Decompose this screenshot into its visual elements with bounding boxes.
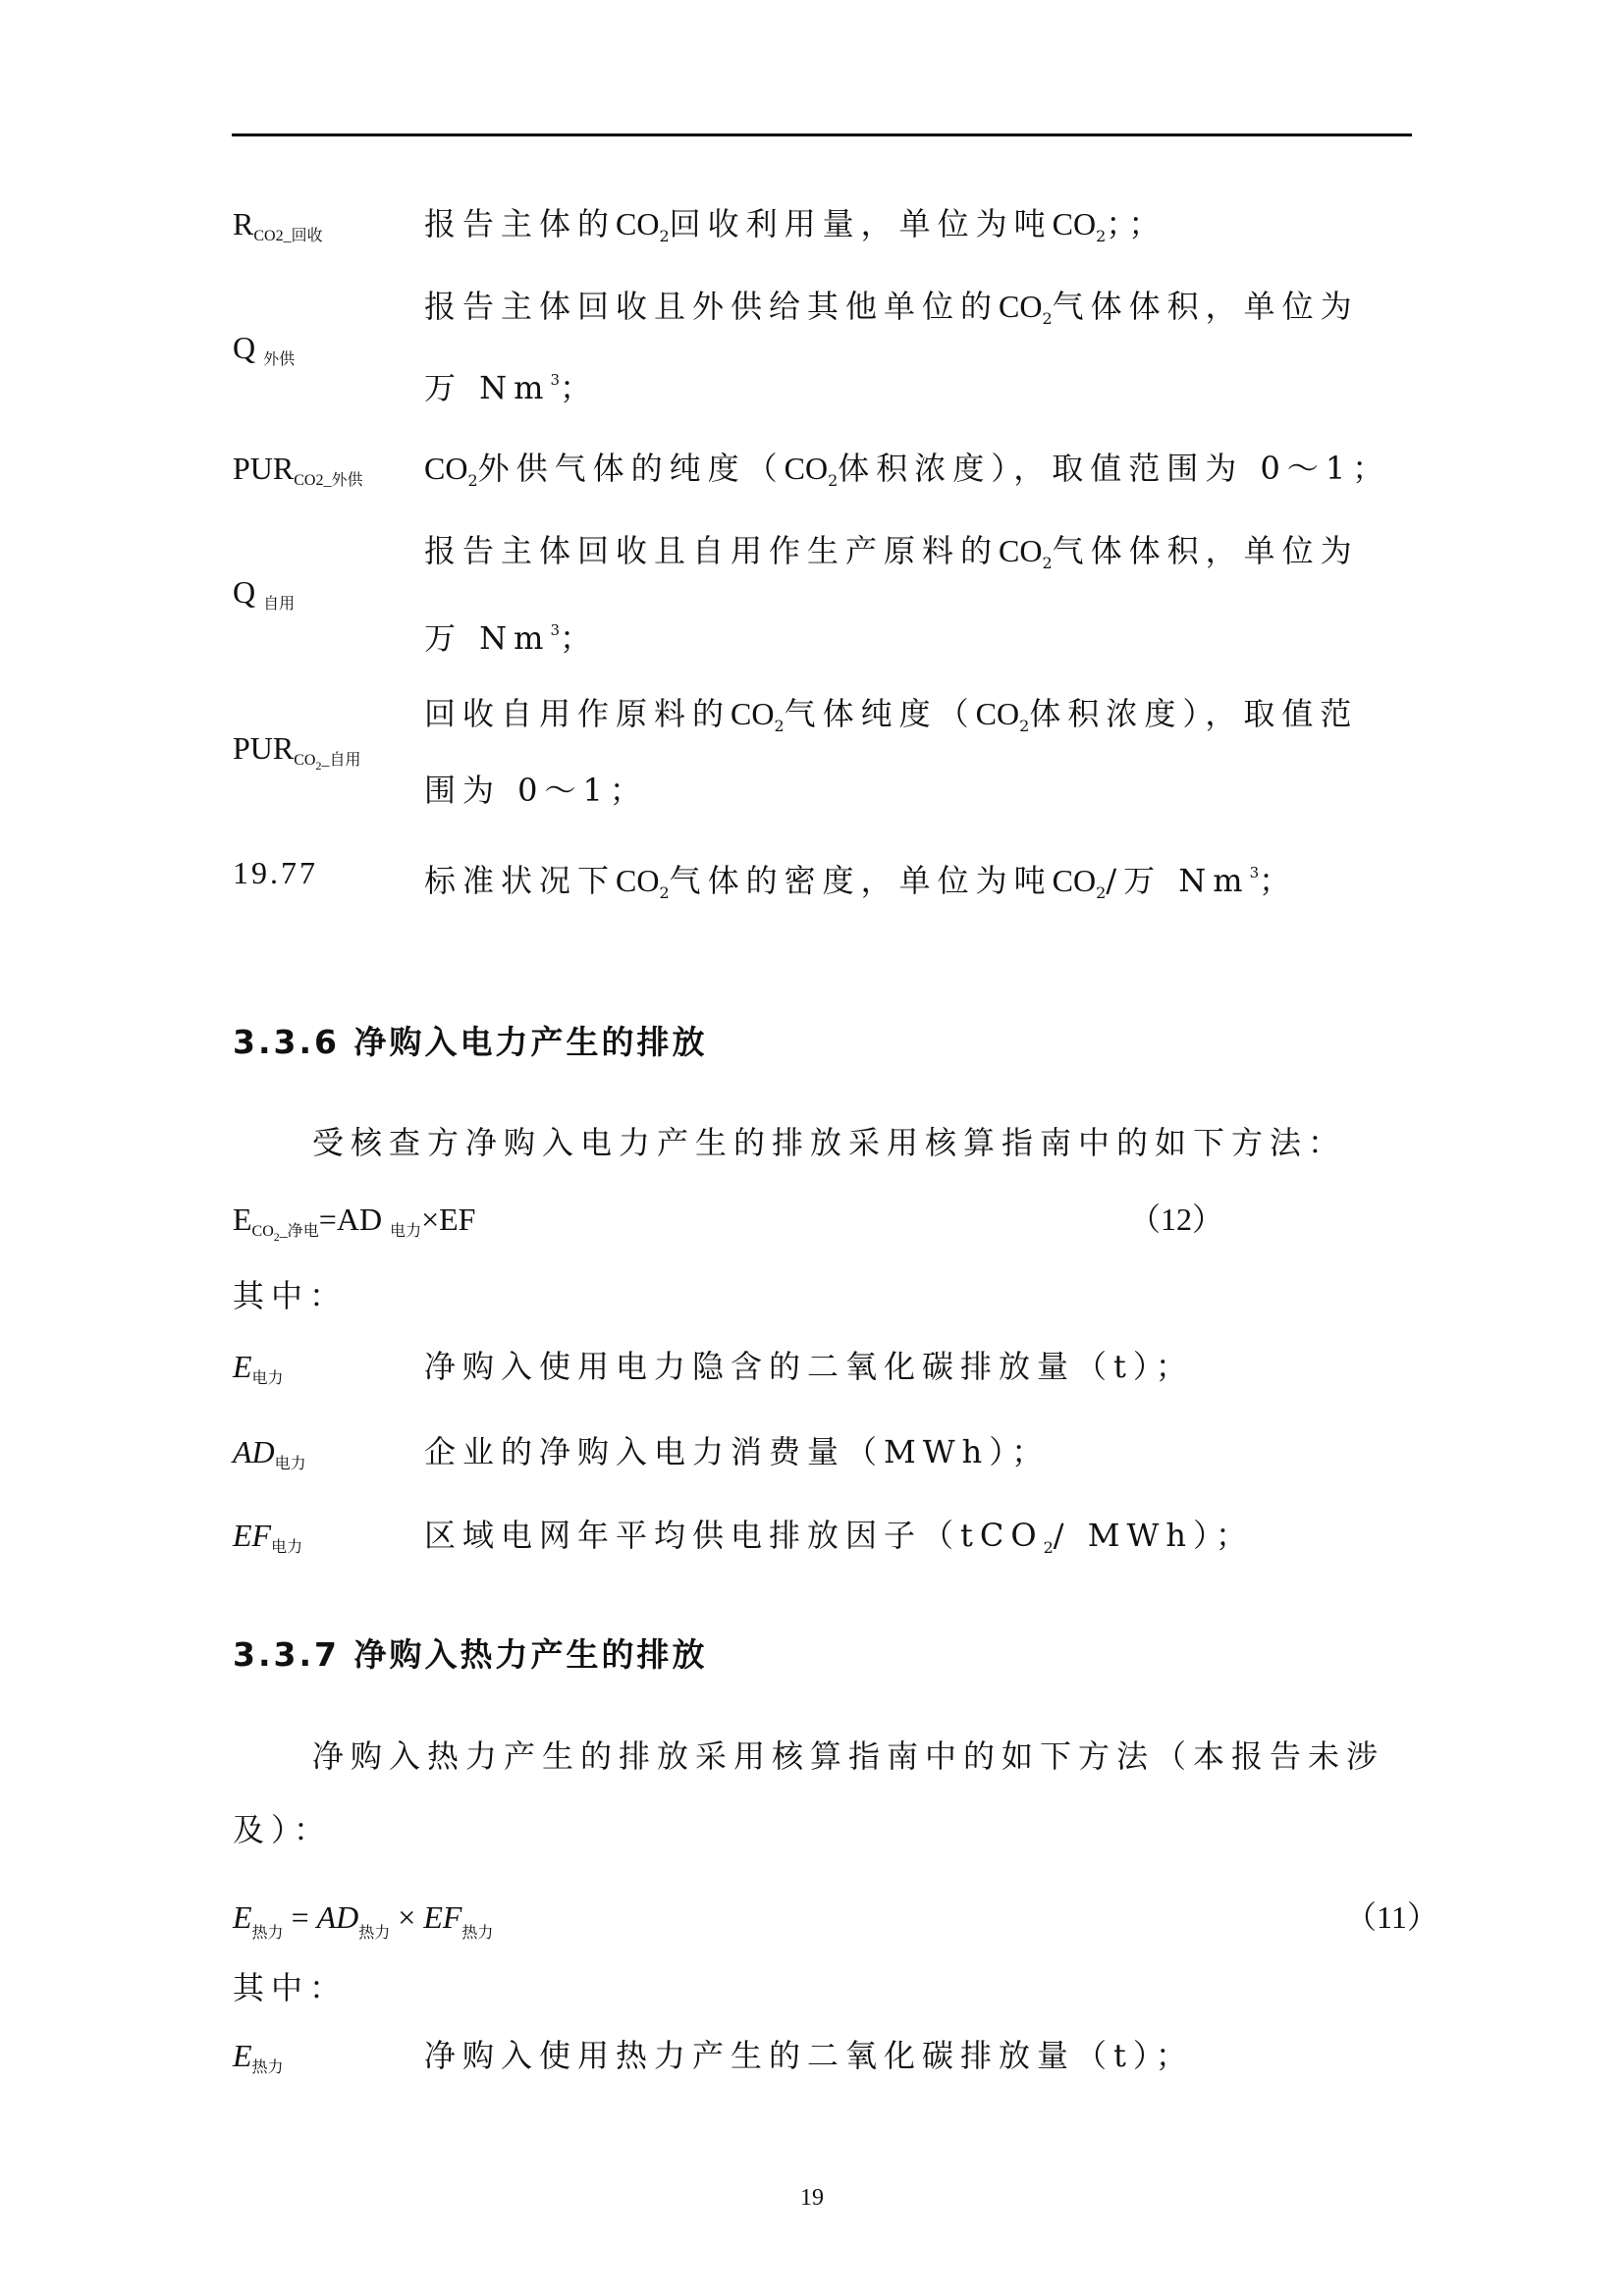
page-number: 19	[0, 2185, 1624, 2212]
def-co2-density: 标准状况下CO2气体的密度，单位为吨CO2/万 Nm3；	[424, 855, 1297, 911]
equation-number-12: （12）	[1129, 1201, 1223, 1237]
var-label-ef-electricity: EF电力	[233, 1518, 302, 1566]
formula-heat: E热力 = AD热力 × EF热力	[233, 1899, 493, 1951]
def-q-external-line1: 报告主体回收且外供给其他单位的CO2气体体积，单位为	[424, 289, 1359, 337]
section-heading-3-3-7: 3.3.7 净购入热力产生的排放	[233, 1636, 707, 1674]
where-label-336: 其中：	[233, 1278, 348, 1313]
section-337-paragraph-line1: 净购入热力产生的排放采用核算指南中的如下方法（本报告未涉	[312, 1738, 1384, 1774]
header-rule	[232, 133, 1412, 136]
where-label-337: 其中：	[233, 1970, 348, 2005]
def-e-electricity: 净购入使用电力隐含的二氧化碳排放量（t）；	[424, 1349, 1194, 1384]
section-336-paragraph: 受核查方净购入电力产生的排放采用核算指南中的如下方法：	[312, 1125, 1346, 1160]
var-label-co2-density: 19.77	[233, 855, 318, 890]
var-label-pur-self-use: PURCO2_自用	[233, 730, 361, 783]
label-sub: CO2_回收	[253, 228, 322, 244]
var-label-ad-electricity: AD电力	[233, 1434, 306, 1482]
def-pur-external: CO2外供气体的纯度（CO2体积浓度），取值范围为 0～1；	[424, 451, 1390, 499]
def-pur-self-use-line2: 围为 0～1；	[424, 773, 648, 808]
label-main: R	[233, 206, 253, 241]
var-label-q-external: Q 外供	[233, 330, 295, 378]
def-ad-electricity: 企业的净购入电力消费量（MWh）；	[424, 1434, 1050, 1469]
var-label-pur-external: PURCO2_外供	[233, 451, 362, 499]
def-q-self-use-line2: 万 Nm3；	[424, 613, 598, 656]
def-pur-self-use-line1: 回收自用作原料的CO2气体纯度（CO2体积浓度），取值范	[424, 696, 1358, 744]
def-q-self-use-line1: 报告主体回收且自用作生产原料的CO2气体体积，单位为	[424, 533, 1359, 581]
var-label-e-heat: E热力	[233, 2038, 284, 2086]
equation-number-11: （11）	[1345, 1899, 1438, 1935]
section-337-paragraph-line2: 及）：	[233, 1812, 332, 1847]
def-r-co2-recovered: 报告主体的CO2回收利用量，单位为吨CO2；；	[424, 206, 1166, 254]
var-label-q-self-use: Q 自用	[233, 574, 295, 622]
def-q-external-line2: 万 Nm3；	[424, 362, 598, 405]
def-e-heat: 净购入使用热力产生的二氧化碳排放量（t）；	[424, 2038, 1194, 2073]
var-label-e-electricity: E电力	[233, 1349, 284, 1397]
var-label-r-co2-recovered: RCO2_回收	[233, 206, 323, 254]
def-ef-electricity: 区域电网年平均供电排放因子（tCO2/ MWh）；	[424, 1518, 1254, 1566]
section-heading-3-3-6: 3.3.6 净购入电力产生的排放	[233, 1024, 707, 1061]
formula-electricity: ECO2_净电=AD 电力×EF	[233, 1201, 475, 1255]
